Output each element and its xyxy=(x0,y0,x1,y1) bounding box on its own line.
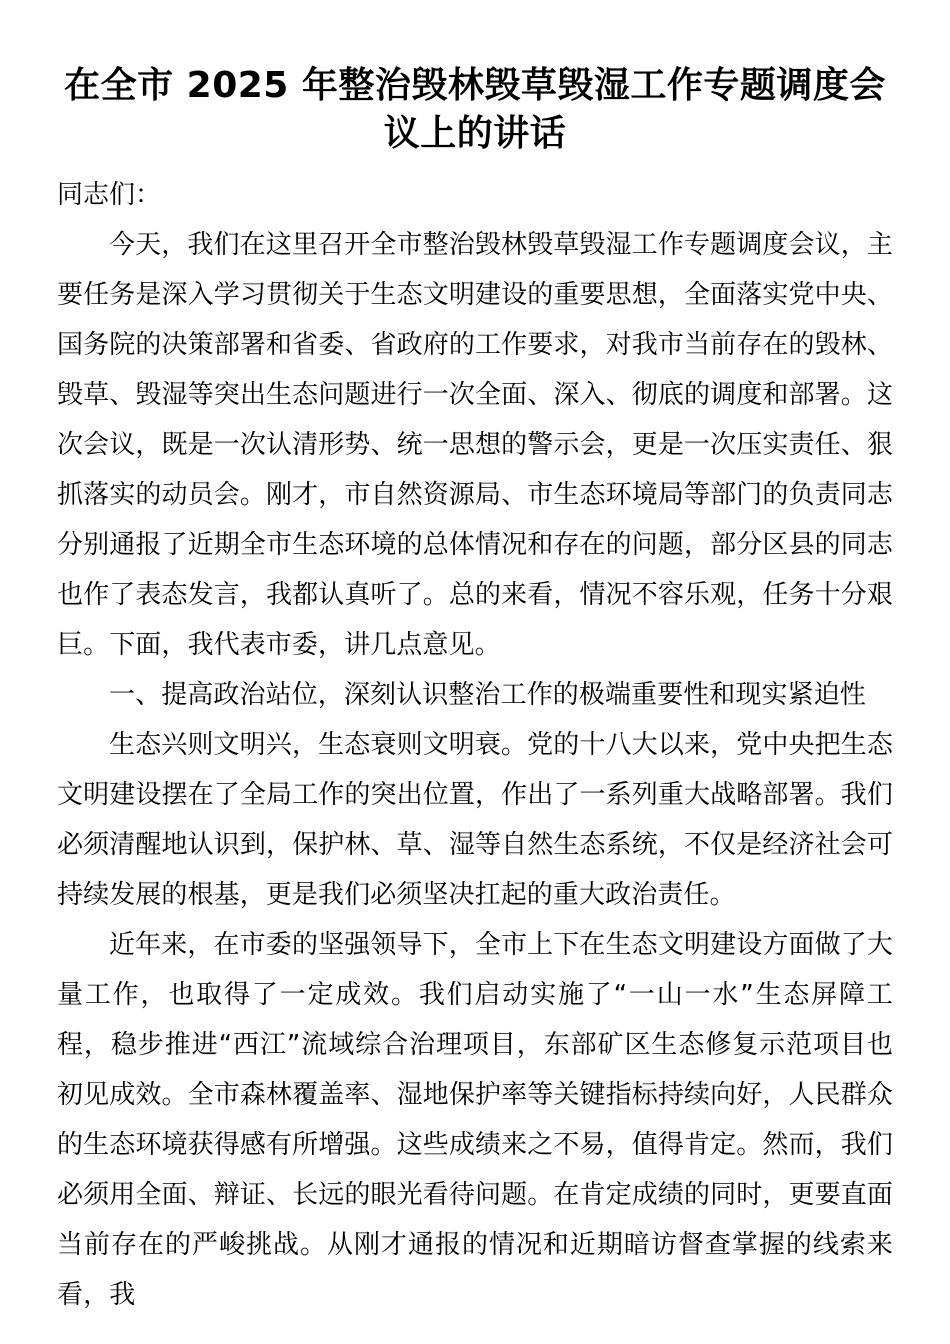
paragraph-recent-achievements: 近年来，在市委的坚强领导下，全市上下在生态文明建设方面做了大量工作，也取得了一定… xyxy=(57,920,893,1320)
salutation-line: 同志们： xyxy=(57,170,893,220)
paragraph-ecology-importance: 生态兴则文明兴，生态衰则文明衰。党的十八大以来，党中央把生态文明建设摆在了全局工… xyxy=(57,720,893,920)
document-page: 在全市 2025 年整治毁林毁草毁湿工作专题调度会议上的讲话 同志们： 今天，我… xyxy=(0,0,950,1344)
section-heading-1: 一、提高政治站位，深刻认识整治工作的极端重要性和现实紧迫性 xyxy=(57,670,893,720)
document-title: 在全市 2025 年整治毁林毁草毁湿工作专题调度会议上的讲话 xyxy=(57,62,893,158)
paragraph-intro: 今天，我们在这里召开全市整治毁林毁草毁湿工作专题调度会议，主要任务是深入学习贯彻… xyxy=(57,220,893,670)
